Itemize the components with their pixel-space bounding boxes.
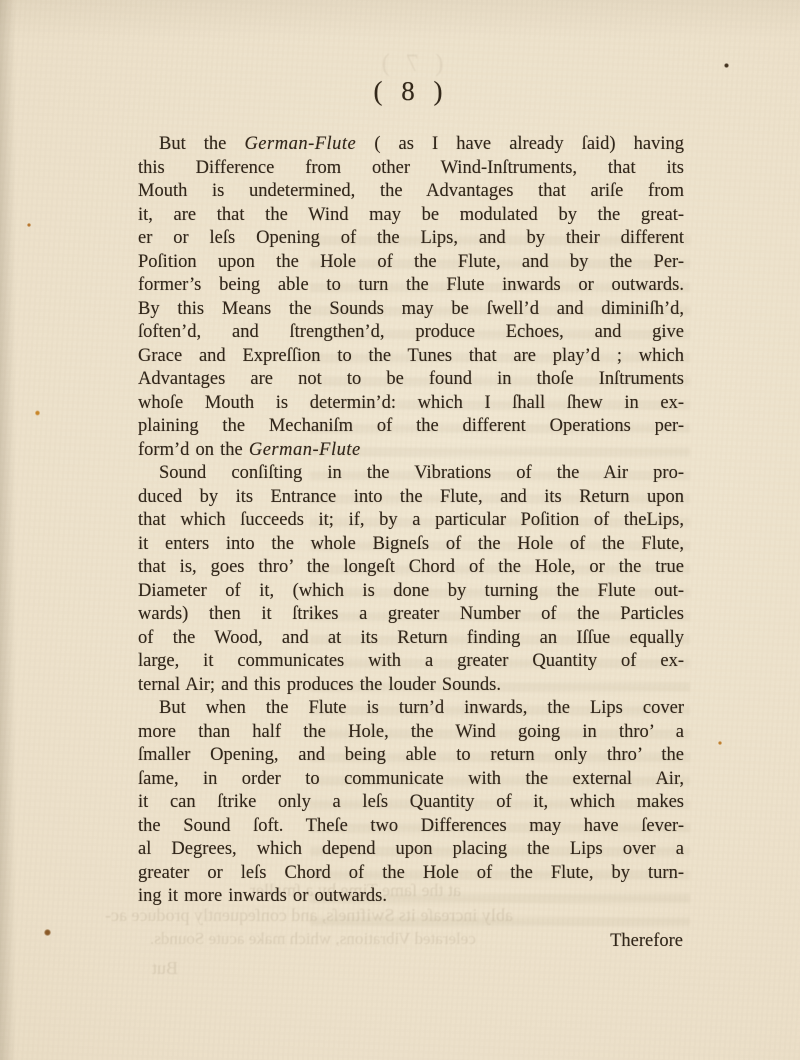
text-segment: ( as I have already ſaid) having [356,134,684,154]
foxing-speck [718,741,722,745]
text-segment: this Difference from other Wind-Inſtrume… [138,158,684,178]
text-segment: Diameter of it, (which is done by turnin… [138,581,684,601]
text-line: the Sound ſoft. Theſe two Differences ma… [138,815,684,839]
text-line: Sound conſiſting in the Vibrations of th… [138,462,684,486]
text-segment: er or leſs Opening of the Lips, and by t… [138,228,684,248]
text-segment: duced by its Entrance into the Flute, an… [138,487,684,507]
book-page: ( 7 ) at the ſame Time by a ſmallerably … [0,0,800,1060]
text-line: ternal Air; and this produces the louder… [138,674,684,698]
text-line: more than half the Hole, the Wind going … [138,721,684,745]
text-segment: Sound conſiſting in the Vibrations of th… [159,463,684,483]
showthrough-page-number: ( 7 ) [330,50,490,78]
text-segment: Poſition upon the Hole of the Flute, and… [138,252,684,272]
text-segment: former’s being able to turn the Flute in… [138,275,684,295]
antique-book-page-photo: { "page": { "number_display": "( 8 )", "… [0,0,800,1060]
catchword: Therefore [610,931,683,952]
text-line: ſame, in order to communicate with the e… [138,768,684,792]
text-segment: ſmaller Opening, and being able to retur… [138,745,684,765]
text-segment: wards) then it ſtrikes a greater Number … [138,604,684,624]
text-line: that is, goes thro’ the longeſt Chord of… [138,556,684,580]
page-number: ( 8 ) [138,76,684,107]
text-segment: that is, goes thro’ the longeſt Chord of… [138,557,684,577]
text-segment: more than half the Hole, the Wind going … [138,722,684,742]
text-line: Advantages are not to be found in thoſe … [138,368,684,392]
text-segment: it enters into the whole Bigneſs of the … [138,534,684,554]
text-line: Mouth is undetermined, the Advantages th… [138,180,684,204]
foxing-speck [44,929,51,936]
text-line: plaining the Mechaniſm of the different … [138,415,684,439]
text-segment: that which ſucceeds it; if, by a particu… [138,510,684,530]
text-line: er or leſs Opening of the Lips, and by t… [138,227,684,251]
text-segment: ſame, in order to communicate with the e… [138,769,684,789]
text-line: of the Wood, and at its Return finding a… [138,627,684,651]
text-segment: Advantages are not to be found in thoſe … [138,369,684,389]
text-line: this Difference from other Wind-Inſtrume… [138,157,684,181]
text-segment: greater or leſs Chord of the Hole of the… [138,863,684,883]
text-line: al Degrees, which depend upon placing th… [138,838,684,862]
showthrough-fragment: But [152,958,178,979]
text-line: it can ſtrike only a leſs Quantity of it… [138,791,684,815]
text-segment: But the [159,134,244,154]
text-line: But the German-Flute ( as I have already… [138,133,684,157]
text-segment: ing it more inwards or outwards. [138,886,387,906]
text-line: large, it communicates with a greater Qu… [138,650,684,674]
text-line: ſoften’d, and ſtrengthen’d, produce Echo… [138,321,684,345]
showthrough-fragment: celerated Vibrations, which make acute S… [150,929,476,949]
text-line: By this Means the Sounds may be ſwell’d … [138,298,684,322]
text-segment: plaining the Mechaniſm of the different … [138,416,684,436]
text-segment: it can ſtrike only a leſs Quantity of it… [138,792,684,812]
text-segment: ternal Air; and this produces the louder… [138,675,501,695]
text-segment: large, it communicates with a greater Qu… [138,651,684,671]
text-segment: form’d on the [138,440,249,460]
text-line: Poſition upon the Hole of the Flute, and… [138,251,684,275]
italic-text-segment: German-Flute [249,440,361,460]
text-line: it, are that the Wind may be modulated b… [138,204,684,228]
text-line: greater or leſs Chord of the Hole of the… [138,862,684,886]
text-line: whoſe Mouth is determin’d: which I ſhall… [138,392,684,416]
text-line: form’d on the German-Flute [138,439,684,463]
text-segment: Mouth is undetermined, the Advantages th… [138,181,684,201]
text-line: ſmaller Opening, and being able to retur… [138,744,684,768]
text-line: ing it more inwards or outwards. [138,885,684,909]
text-line: Diameter of it, (which is done by turnin… [138,580,684,604]
text-segment: al Degrees, which depend upon placing th… [138,839,684,859]
text-segment: of the Wood, and at its Return finding a… [138,628,684,648]
text-line: duced by its Entrance into the Flute, an… [138,486,684,510]
body-text-block: But the German-Flute ( as I have already… [138,133,684,909]
text-line: Grace and Expreſſion to the Tunes that a… [138,345,684,369]
italic-text-segment: German-Flute [244,134,356,154]
text-line: wards) then it ſtrikes a greater Number … [138,603,684,627]
foxing-speck [27,223,31,227]
text-segment: Grace and Expreſſion to the Tunes that a… [138,346,684,366]
text-segment: By this Means the Sounds may be ſwell’d … [138,299,684,319]
text-segment: the Sound ſoft. Theſe two Differences ma… [138,816,684,836]
text-segment: ſoften’d, and ſtrengthen’d, produce Echo… [138,322,684,342]
text-segment: it, are that the Wind may be modulated b… [138,205,684,225]
text-segment: whoſe Mouth is determin’d: which I ſhall… [138,393,684,413]
text-line: former’s being able to turn the Flute in… [138,274,684,298]
text-segment: But when the Flute is turn’d inwards, th… [159,698,684,718]
text-line: But when the Flute is turn’d inwards, th… [138,697,684,721]
text-line: it enters into the whole Bigneſs of the … [138,533,684,557]
text-line: that which ſucceeds it; if, by a particu… [138,509,684,533]
foxing-speck [35,410,40,416]
ink-speck [724,63,729,68]
